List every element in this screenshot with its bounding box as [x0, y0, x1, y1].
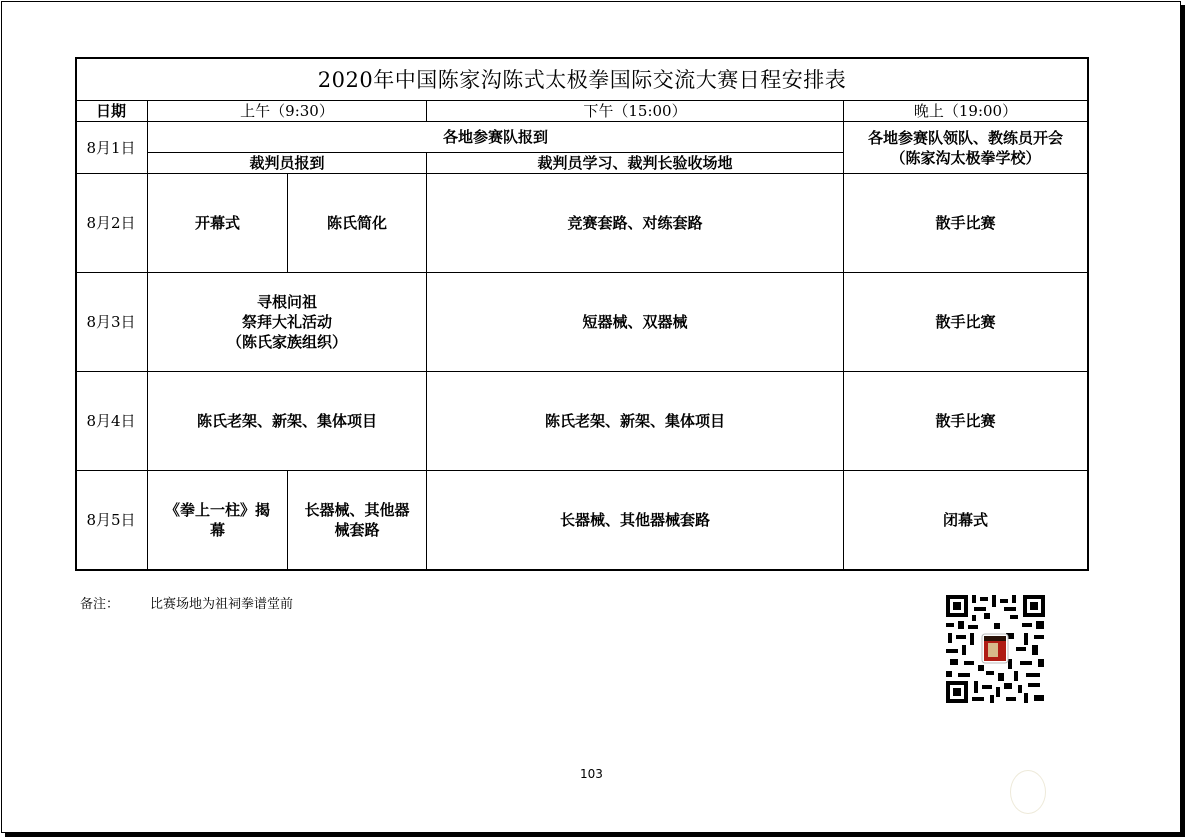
cell-0801-evening-line2: （陈家沟太极拳学校）	[890, 148, 1040, 168]
cell-0805-evening: 闭幕式	[844, 471, 1087, 569]
cell-0803-morning-line1: 寻根问祖	[257, 292, 317, 312]
cell-0803-afternoon: 短器械、双器械	[427, 273, 843, 371]
footnote-label: 备注：	[80, 593, 150, 612]
cell-0801-morning: 裁判员报到	[148, 153, 426, 173]
cell-0805-morning-b-line1: 长器械、其他器	[304, 500, 409, 520]
row-date-0802: 8月2日	[75, 174, 147, 272]
row-date-0801: 8月1日	[75, 122, 147, 173]
footnote: 备注：比赛场地为祖祠拳谱堂前	[80, 593, 293, 612]
row-date-0803: 8月3日	[75, 273, 147, 371]
cell-0805-morning-b-line2: 械套路	[334, 520, 379, 540]
cell-0805-morning-a: 《拳上一柱》揭 幕	[148, 471, 287, 569]
header-evening: 晚上（19:00）	[844, 101, 1087, 121]
cell-0805-afternoon: 长器械、其他器械套路	[427, 471, 843, 569]
cell-0801-evening: 各地参赛队领队、教练员开会 （陈家沟太极拳学校）	[844, 122, 1087, 173]
cell-0803-morning-line2: 祭拜大礼活动	[242, 312, 332, 332]
cell-0803-evening: 散手比赛	[844, 273, 1087, 371]
page-number: 103	[580, 767, 603, 781]
header-afternoon: 下午（15:00）	[427, 101, 843, 121]
cell-0805-morning-a-line1: 《拳上一柱》揭	[165, 500, 270, 520]
cell-0802-morning-b: 陈氏简化	[288, 174, 426, 272]
row-date-0804: 8月4日	[75, 372, 147, 470]
cell-0801-evening-line1: 各地参赛队领队、教练员开会	[868, 128, 1063, 148]
cell-0803-morning: 寻根问祖 祭拜大礼活动 （陈氏家族组织）	[148, 273, 426, 371]
header-morning: 上午（9:30）	[148, 101, 426, 121]
footnote-text: 比赛场地为祖祠拳谱堂前	[150, 597, 293, 612]
cell-0802-afternoon: 竞赛套路、对练套路	[427, 174, 843, 272]
cell-0805-morning-b: 长器械、其他器 械套路	[288, 471, 426, 569]
cell-0801-registration: 各地参赛队报到	[148, 122, 843, 152]
cell-0804-morning: 陈氏老架、新架、集体项目	[148, 372, 426, 470]
cell-0804-afternoon: 陈氏老架、新架、集体项目	[427, 372, 843, 470]
cell-0803-morning-line3: （陈氏家族组织）	[227, 332, 347, 352]
row-date-0805: 8月5日	[75, 471, 147, 569]
header-date: 日期	[75, 101, 147, 121]
qr-code-icon	[944, 593, 1047, 705]
cell-0801-afternoon: 裁判员学习、裁判长验收场地	[427, 153, 843, 173]
cell-0804-evening: 散手比赛	[844, 372, 1087, 470]
cell-0805-morning-a-line2: 幕	[210, 520, 225, 540]
cell-0802-evening: 散手比赛	[844, 174, 1087, 272]
watermark-icon	[1010, 770, 1046, 814]
page-title: 2020年中国陈家沟陈式太极拳国际交流大赛日程安排表	[75, 59, 1089, 100]
cell-0802-morning-a: 开幕式	[148, 174, 287, 272]
